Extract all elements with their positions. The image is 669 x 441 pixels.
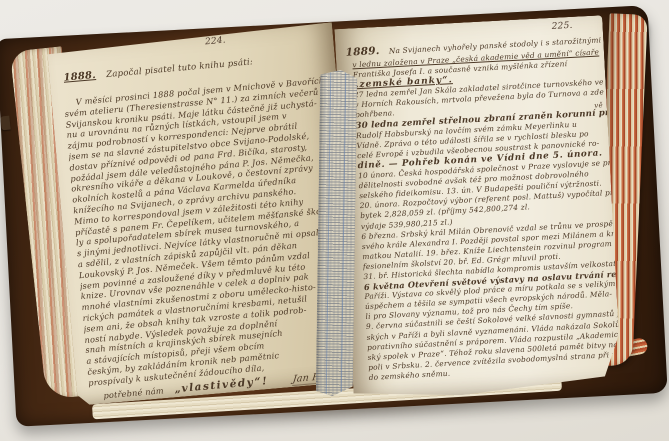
newspaper-clipping [316, 70, 358, 396]
clipping-column-rule [341, 70, 347, 396]
left-page: 224. 1888. Započal pisatel tuto knihu ps… [47, 22, 363, 406]
book-photo: 224. 1888. Započal pisatel tuto knihu ps… [0, 0, 669, 441]
cover-clasp [0, 116, 10, 131]
closing-lead: potřebné nám [103, 385, 164, 400]
clipping-column-rule [326, 70, 332, 396]
left-entry-title: Započal pisatel tuto knihu psáti: [106, 57, 254, 80]
left-entry-year: 1888. [63, 70, 96, 84]
right-page: 225. 1889. Na Svijanech vyhořely panské … [334, 15, 621, 401]
left-page-number: 224. [205, 36, 227, 48]
right-page-lines: v lednu založena v Praze „česká akademie… [352, 47, 621, 383]
right-page-number: 225. [552, 21, 573, 32]
right-entry-year: 1889. [345, 45, 379, 59]
right-margin-note: vě [594, 101, 603, 109]
